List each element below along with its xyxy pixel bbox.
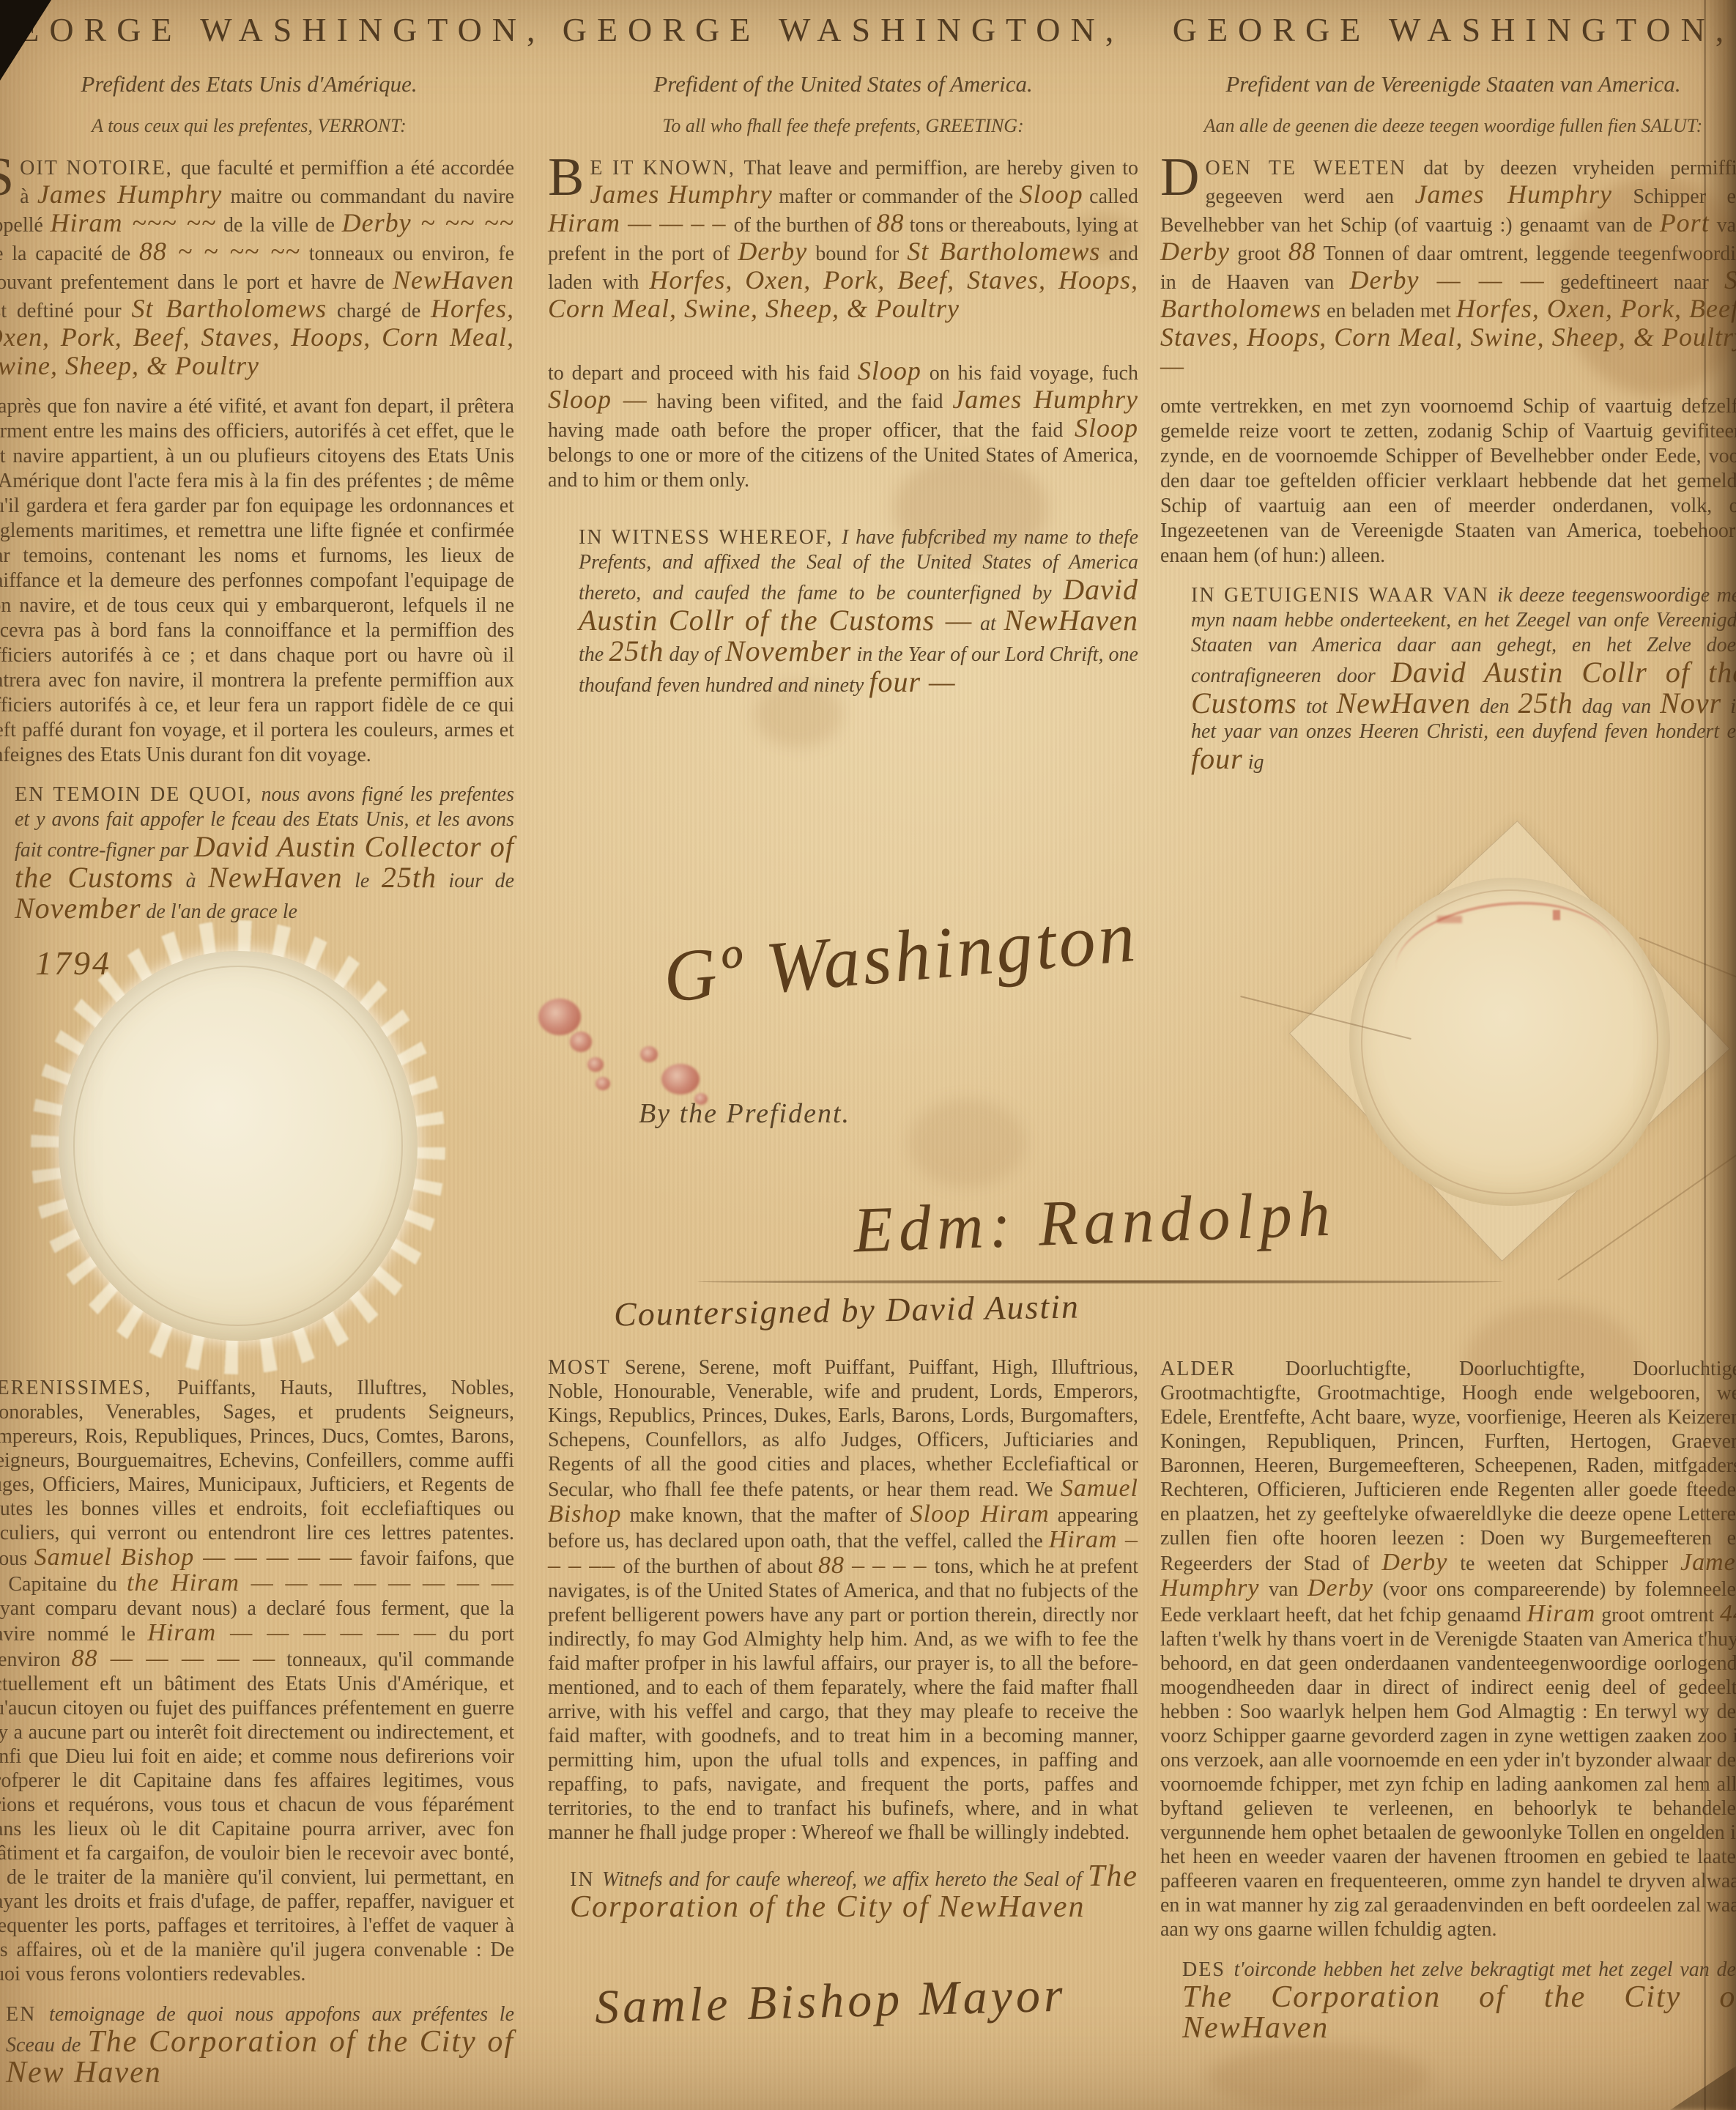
printed-text: iour de xyxy=(437,870,514,892)
handwritten-text: Hiram xyxy=(1049,1526,1118,1553)
handwritten-text: 25th xyxy=(609,634,664,667)
handwritten-text: NewHaven xyxy=(1336,686,1471,719)
right-edge-shadow xyxy=(1702,0,1736,2110)
handwritten-text: Derby xyxy=(738,237,807,266)
red-wax-spot xyxy=(587,1057,604,1072)
english-seal-witness: IN Witnefs and for caufe whereof, we aff… xyxy=(570,1861,1138,1922)
handwritten-text: NewHaven xyxy=(1004,604,1138,637)
printed-text: de la ville de xyxy=(216,214,341,237)
header-name-english: GEORGE WASHINGTON, xyxy=(548,10,1138,49)
dutch-grant-paragraph: DOEN TE WEETEN dat by deezen vryheiden p… xyxy=(1160,156,1736,381)
printed-text: dag van xyxy=(1573,695,1661,718)
french-witness-paragraph: EN TEMOIN DE QUOI, nous avons figné les … xyxy=(15,782,514,925)
printed-text: t'oirconde hebben het zelve bekragtigt m… xyxy=(1234,1958,1736,1981)
red-wax-spot xyxy=(570,1032,592,1052)
dropcap-french: S xyxy=(0,156,20,199)
handwritten-text: NewHaven xyxy=(393,265,514,295)
red-wax-spot xyxy=(596,1077,610,1090)
printed-text: ALDER xyxy=(1160,1358,1286,1380)
dutch-witness-paragraph: IN GETUIGENIS WAAR VAN ik deeze teegensw… xyxy=(1191,583,1736,775)
printed-text: having been vifited, and the faid xyxy=(648,390,953,413)
red-wax-spot xyxy=(640,1046,658,1062)
handwritten-text: Samuel Bishop — — — — — xyxy=(34,1544,353,1571)
english-oath-paragraph: to depart and proceed with his faid Sloo… xyxy=(548,358,1138,493)
printed-text: en beladen met xyxy=(1321,300,1456,322)
printed-text: tons, which he at prefent navigates, is … xyxy=(548,1555,1138,1844)
header-title-english: Prefident of the United States of Americ… xyxy=(548,71,1138,97)
printed-text: having made oath before the proper offic… xyxy=(548,419,1075,442)
handwritten-text: 25th xyxy=(382,861,437,894)
printed-text: belongs to one or more of the citizens o… xyxy=(548,444,1138,492)
printed-text: chargé de xyxy=(327,300,431,322)
handwritten-text: Hiram — — — — — — xyxy=(147,1619,437,1646)
ship-passport-document: GEORGE WASHINGTON, Prefident des Etats U… xyxy=(0,0,1736,2110)
printed-text: SERENISSIMES, xyxy=(0,1377,177,1399)
handwritten-text: the Hiram — — — — — — — — xyxy=(127,1569,514,1596)
printed-text: EN TEMOIN DE QUOI, xyxy=(15,783,261,806)
handwritten-text: 88 xyxy=(818,1552,845,1579)
french-seal-witness: EN temoignage de quoi nous appofons aux … xyxy=(6,2002,514,2088)
printed-text: de la capacité de xyxy=(0,243,139,265)
bottom-column-dutch: ALDER Doorluchtigfte, Doorluchtigfte, Do… xyxy=(1160,1357,1736,2043)
printed-text: te weeten dat Schipper xyxy=(1447,1552,1680,1575)
randolph-signature: Edm: Randolph xyxy=(852,1177,1337,1268)
printed-text: le xyxy=(343,870,382,892)
column-french: GEORGE WASHINGTON, Prefident des Etats U… xyxy=(0,0,514,982)
handwritten-text: November xyxy=(15,892,141,925)
handwritten-text: James Humphry xyxy=(952,385,1138,414)
handwritten-text: November xyxy=(725,634,851,667)
handwritten-text: Derby xyxy=(1160,237,1230,266)
header-salutation-french: A tous ceux qui les prefentes, VERRONT: xyxy=(0,115,514,137)
handwritten-text: Sloop Hiram xyxy=(910,1500,1050,1528)
printed-text: E IT KNOWN, xyxy=(590,157,743,179)
bottom-column-english: MOST Serene, Serene, moft Puiffant, Puif… xyxy=(548,1355,1138,1922)
handwritten-text: St Bartholomews xyxy=(907,237,1100,266)
handwritten-text: Derby xyxy=(1307,1574,1373,1602)
handwritten-text: 88 — — — — — xyxy=(71,1645,275,1672)
paper-stain xyxy=(1209,2044,1428,2110)
printed-text: MOST xyxy=(548,1356,625,1379)
printed-text: Witnefs and for caufe whereof, we affix … xyxy=(602,1868,1088,1891)
printed-text: IN GETUIGENIS WAAR VAN xyxy=(1191,584,1497,607)
printed-text: den xyxy=(1471,695,1518,718)
handwritten-text: Hiram xyxy=(548,208,620,237)
printed-text: make known, that the mafter of xyxy=(621,1504,910,1527)
printed-text: groot omtrent xyxy=(1595,1604,1720,1626)
printed-text: IN xyxy=(570,1868,602,1891)
handwritten-text: – – – – xyxy=(845,1552,935,1579)
printed-text: IN WITNESS WHEREOF, xyxy=(579,526,842,549)
handwritten-text: St Bartholomews xyxy=(131,294,327,323)
column-dutch: GEORGE WASHINGTON, Prefident van de Vere… xyxy=(1160,0,1736,775)
handwritten-text: — — – – xyxy=(620,208,734,237)
printed-text: tonneaux, qu'il commande actuellement ef… xyxy=(0,1648,514,1985)
printed-text: Serene, Serene, moft Puiffant, Puiffant,… xyxy=(548,1356,1138,1501)
printed-text: of the burthen of about xyxy=(623,1555,818,1578)
handwritten-text: four — xyxy=(869,665,955,698)
handwritten-text: James Humphry xyxy=(590,179,772,209)
header-title-french: Prefident des Etats Unis d'Amérique. xyxy=(0,71,514,97)
printed-text: est deftiné pour xyxy=(0,300,131,322)
bottom-column-french: SERENISSIMES, Puiffants, Hauts, Illuftre… xyxy=(0,1376,514,2088)
countersigned-line: Countersigned by David Austin xyxy=(614,1287,1080,1333)
header-salutation-dutch: Aan alle de geenen die deeze teegen woor… xyxy=(1160,115,1736,137)
printed-text: Doorluchtigfte, Doorluchtigfte, Doorluch… xyxy=(1160,1358,1736,1575)
dropcap-dutch: D xyxy=(1160,156,1205,199)
printed-text: van xyxy=(1259,1578,1307,1601)
printed-text: mafter or commander of the xyxy=(773,185,1020,208)
printed-text: OEN TE WEETEN xyxy=(1205,157,1423,179)
printed-text: ig xyxy=(1243,751,1264,774)
dropcap-english: B xyxy=(548,156,590,199)
handwritten-text: James Humphry xyxy=(37,179,222,209)
printed-text: of the burthen of xyxy=(734,214,877,237)
english-grant-paragraph: BE IT KNOWN, That leave and permiffion, … xyxy=(548,156,1138,324)
seal-red-ink-trace xyxy=(1437,916,1462,923)
handwritten-text: Derby xyxy=(1381,1549,1447,1576)
header-salutation-english: To all who fhall fee thefe prefents, GRE… xyxy=(548,115,1138,137)
english-witness-paragraph: IN WITNESS WHEREOF, I have fubfcribed my… xyxy=(579,525,1138,698)
washington-signature: Gº Washington xyxy=(660,894,1140,1019)
printed-text: gedeftineert naar xyxy=(1545,271,1724,294)
paper-stain xyxy=(908,1099,1025,1187)
seal-red-ink-trace xyxy=(1553,910,1560,920)
header-name-french: GEORGE WASHINGTON, xyxy=(0,10,514,49)
handwritten-text: four xyxy=(1191,742,1243,775)
printed-text: tot xyxy=(1297,695,1337,718)
english-address-paragraph: MOST Serene, Serene, moft Puiffant, Puif… xyxy=(548,1355,1138,1845)
handwritten-year: 1794 xyxy=(35,944,514,982)
printed-text: bound for xyxy=(807,243,907,265)
seal-embossed-disc xyxy=(59,951,418,1341)
french-address-paragraph: SERENISSIMES, Puiffants, Hauts, Illuftre… xyxy=(0,1376,514,1986)
mayor-signature: Samle Bishop Mayor xyxy=(594,1968,1067,2036)
us-great-seal-embossed-icon xyxy=(31,920,445,1374)
printed-text: That leave and permiffion, are hereby gi… xyxy=(743,157,1138,179)
handwritten-text: 25th xyxy=(1518,686,1573,719)
printed-text: Puiffants, Hauts, Illuftres, Nobles, Hon… xyxy=(0,1377,514,1570)
handwritten-text: NewHaven xyxy=(208,861,343,894)
red-wax-spot xyxy=(661,1064,700,1095)
dutch-oath-paragraph: omte vertrekken, en met zyn voornoemd Sc… xyxy=(1160,394,1736,569)
handwritten-text: 88 xyxy=(1288,237,1316,266)
header-title-dutch: Prefident van de Vereenigde Staaten van … xyxy=(1160,71,1736,97)
handwritten-text: Derby ~ ~~ ~~ xyxy=(342,208,514,237)
header-name-dutch: GEORGE WASHINGTON, xyxy=(1160,10,1736,49)
handwritten-text: Sloop xyxy=(1020,179,1083,209)
dutch-seal-witness: DES t'oirconde hebben het zelve bekragti… xyxy=(1182,1958,1736,2043)
handwritten-text: James Humphry xyxy=(1415,179,1612,209)
printed-text: OIT NOTOIRE, xyxy=(20,157,181,179)
handwritten-text: Hiram xyxy=(1527,1600,1595,1627)
printed-text: DES xyxy=(1182,1958,1234,1981)
handwritten-text: 88 xyxy=(877,208,905,237)
printed-text: EN xyxy=(6,2003,49,2026)
printed-text: to depart and proceed with his faid xyxy=(548,362,858,385)
handwritten-text: Derby — — — xyxy=(1350,265,1545,295)
printed-text: at xyxy=(972,612,1004,635)
handwritten-text: Sloop xyxy=(858,356,921,385)
dutch-address-paragraph: ALDER Doorluchtigfte, Doorluchtigfte, Do… xyxy=(1160,1357,1736,1941)
handwritten-text: The Corporation of the City of NewHaven xyxy=(1182,1980,1736,2045)
printed-text: groot xyxy=(1230,243,1288,265)
red-wax-spot xyxy=(538,999,581,1035)
flourish-rule xyxy=(697,1280,1503,1284)
handwritten-text: 88 ~ ~ ~~ ~~ xyxy=(139,237,300,266)
french-oath-paragraph: d'après que fon navire a été vifité, et … xyxy=(0,394,514,768)
french-grant-paragraph: SOIT NOTOIRE, que faculté et permiffion … xyxy=(0,156,514,381)
printed-text: de l'an de grace le xyxy=(141,900,297,923)
handwritten-text: Sloop xyxy=(1075,413,1138,443)
handwritten-text: Hiram ~~~ ~~ xyxy=(51,208,217,237)
column-english: GEORGE WASHINGTON, Prefident of the Unit… xyxy=(548,0,1138,698)
handwritten-text: Sloop — xyxy=(548,385,648,414)
printed-text: à xyxy=(174,870,208,892)
by-the-president-line: By the Prefident. xyxy=(639,1097,850,1130)
printed-text: laften t'welk hy thans voert in de Veren… xyxy=(1160,1628,1736,1941)
printed-text: the xyxy=(579,643,609,666)
printed-text: on his faid voyage, fuch xyxy=(921,362,1138,385)
printed-text: day of xyxy=(664,643,725,666)
printed-text: called xyxy=(1083,185,1138,208)
